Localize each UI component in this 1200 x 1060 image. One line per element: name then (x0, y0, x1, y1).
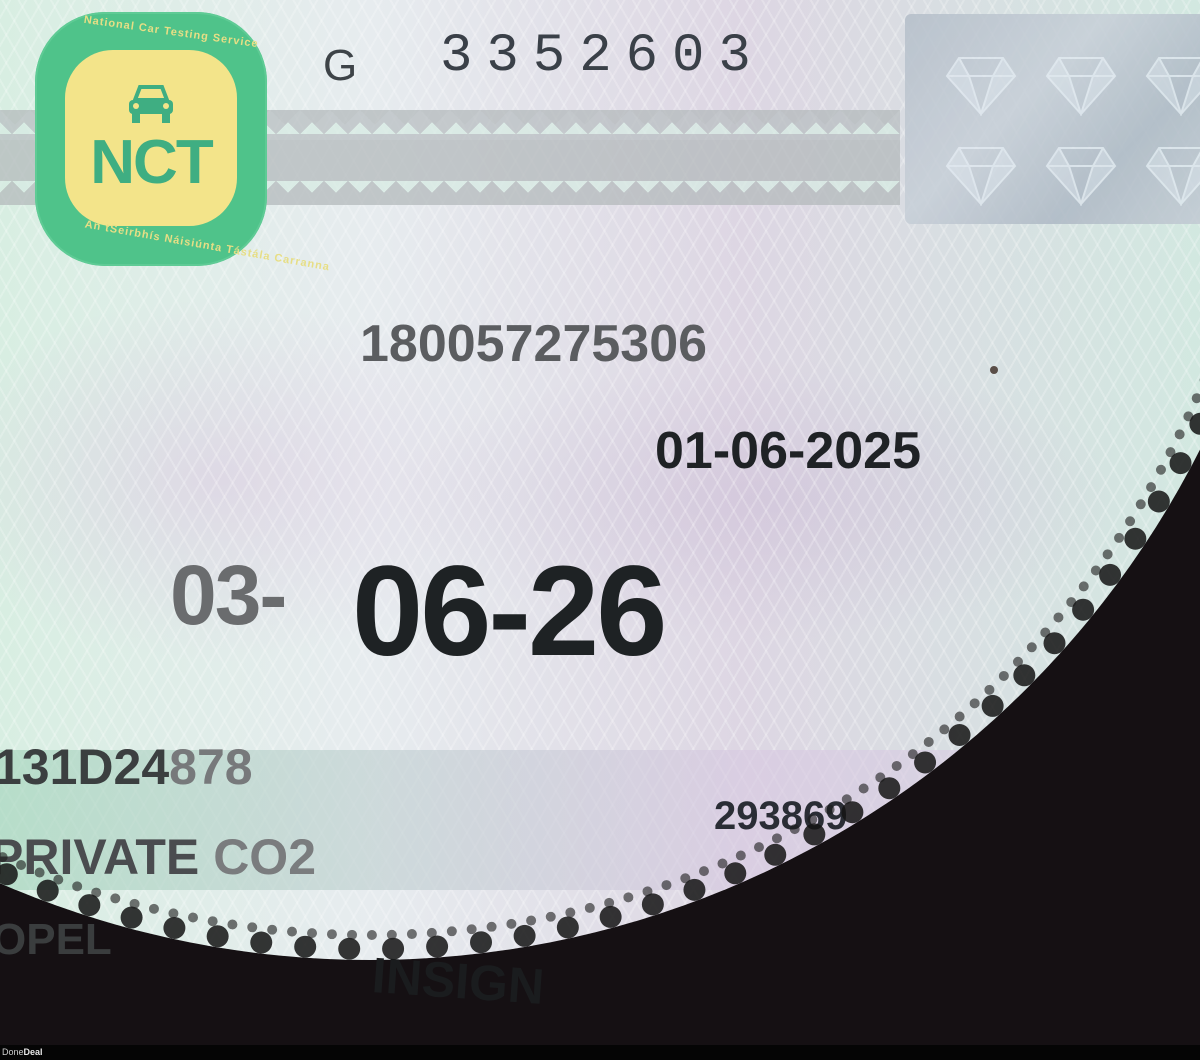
vehicle-model: INSIGN (370, 950, 545, 1012)
watermark: DoneDeal (2, 1047, 43, 1057)
diamond-icon (1145, 54, 1200, 116)
car-icon (123, 82, 179, 126)
diamond-icon (1145, 144, 1200, 206)
logo-abbrev: NCT (90, 132, 211, 194)
vehicle-make: OPEL (0, 918, 112, 962)
diamond-icon (1045, 54, 1117, 116)
nct-logo: National Car Testing Service NCT An tSei… (35, 12, 267, 266)
odometer-reading: 293869 (714, 796, 847, 836)
registration-number: 131D24878 (0, 742, 253, 792)
serial-prefix: G (323, 44, 357, 88)
serial-number: 3352603 (440, 30, 765, 84)
registration-light-part: 878 (169, 739, 252, 795)
expiry-day: 03- (170, 553, 285, 637)
usage-dark-part: PRIVATE (0, 829, 199, 885)
diamond-icon (945, 144, 1017, 206)
diamond-hologram-icon (905, 14, 1200, 224)
expiry-month-year: 06-26 (352, 548, 664, 676)
diamond-icon (945, 54, 1017, 116)
certificate-number: 180057275306 (360, 318, 707, 370)
footer-bar: DoneDeal (0, 1045, 1200, 1060)
test-date: 01-06-2025 (655, 425, 921, 477)
usage-light-part: CO2 (213, 829, 316, 885)
dust-speck (990, 366, 998, 374)
vehicle-usage: PRIVATE CO2 (0, 832, 316, 882)
diamond-icon (1045, 144, 1117, 206)
windscreen-photo: National Car Testing Service NCT An tSei… (0, 0, 1200, 1045)
registration-dark-part: 131D24 (0, 739, 169, 795)
